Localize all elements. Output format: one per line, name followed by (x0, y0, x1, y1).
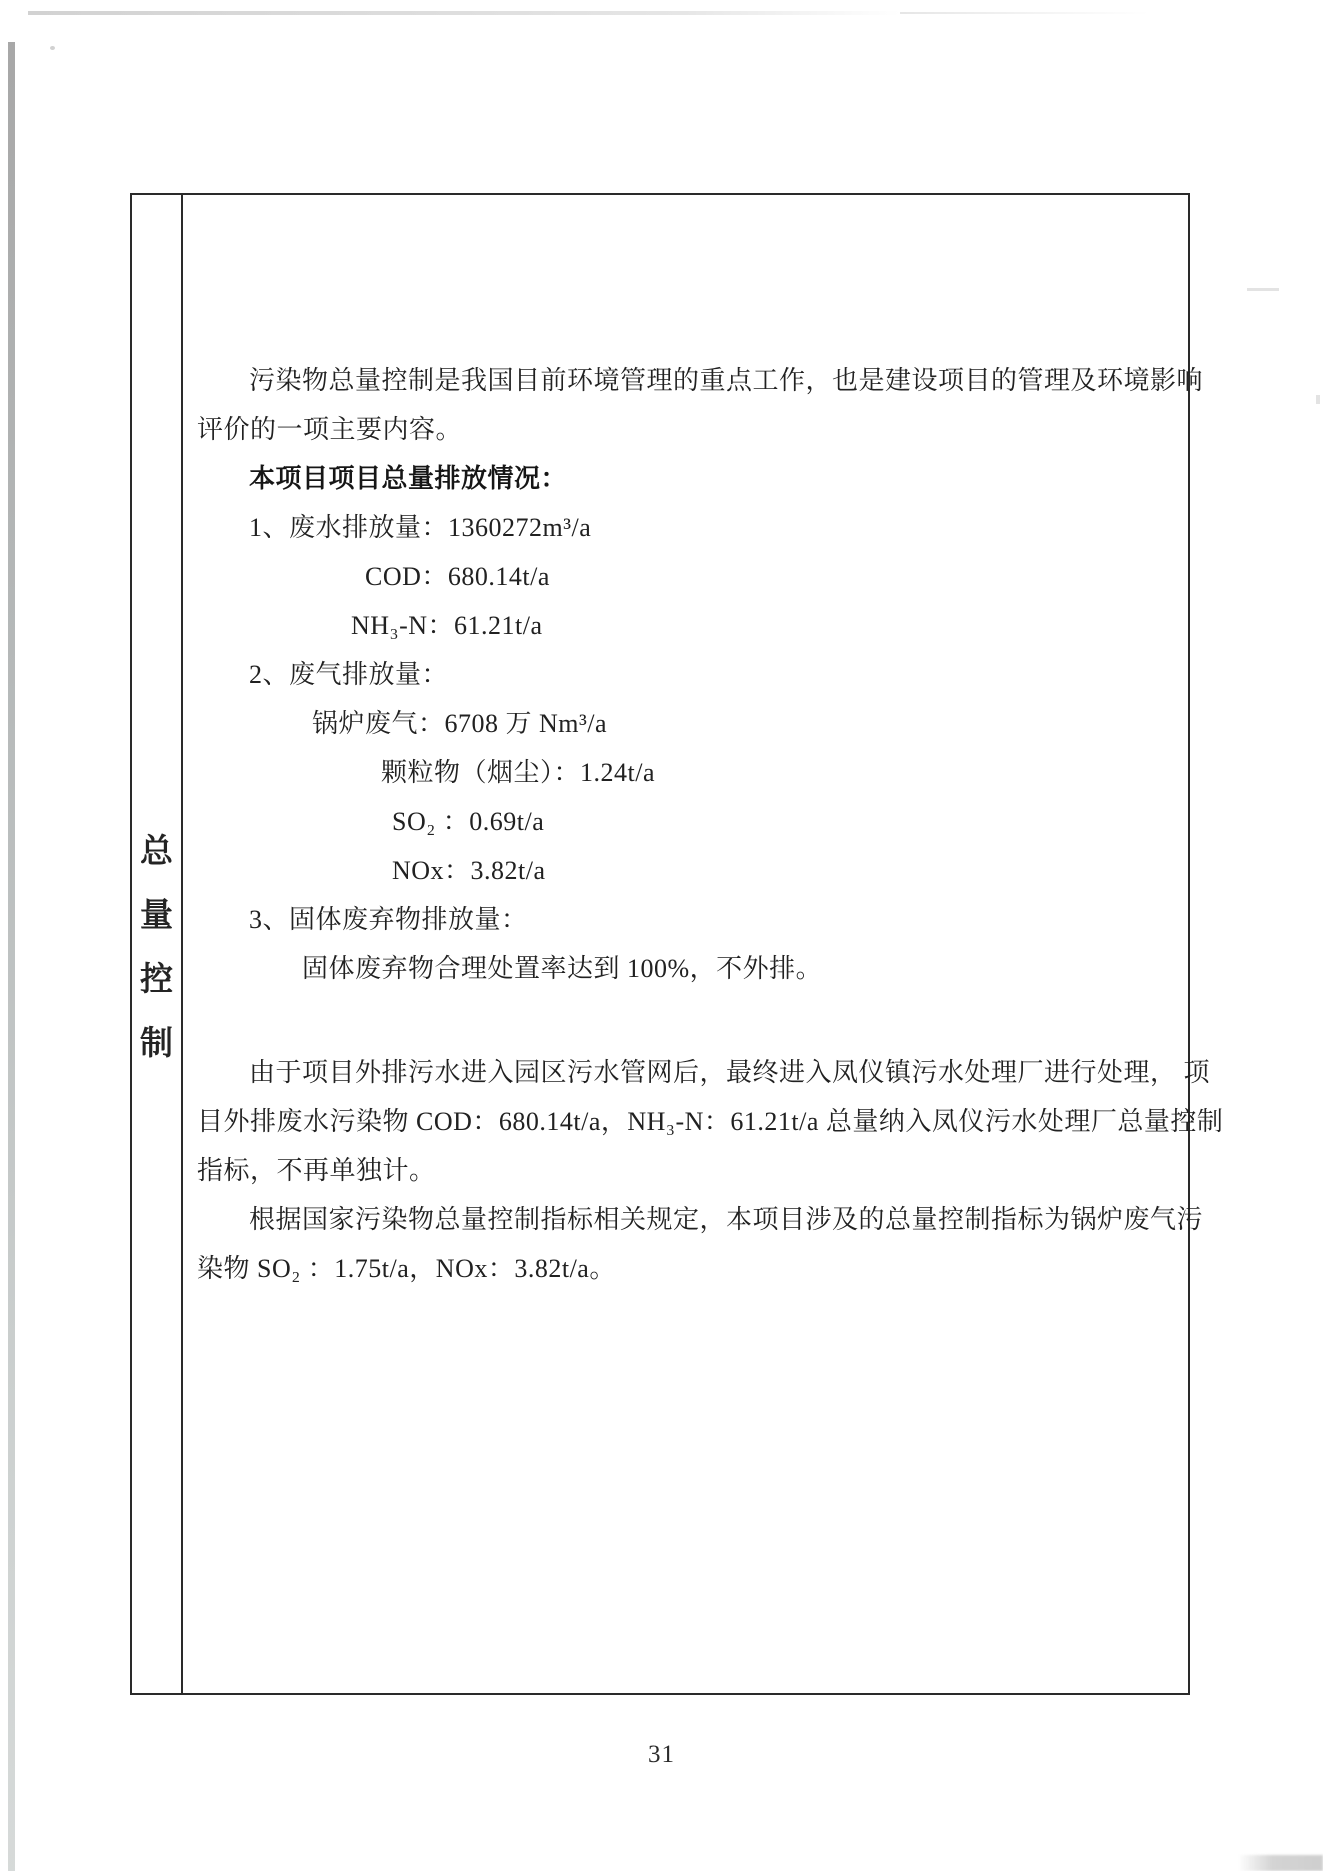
page-number: 31 (0, 1741, 1323, 1769)
emission-item-line: NH₃-N：61.21t/a (351, 601, 1187, 650)
emission-item-line: NOx：3.82t/a (392, 846, 1187, 895)
emission-item-line: 1、废水排放量：1360272m³/a (249, 503, 1187, 552)
scan-artifact-right-speck (1247, 288, 1279, 291)
emission-item-line: 颗粒物（烟尘）：1.24t/a (381, 748, 1187, 797)
row-label-char: 总 (140, 835, 173, 869)
scan-artifact-edge-speck (1316, 395, 1320, 404)
scan-artifact-bottom-smudge (1238, 1855, 1323, 1871)
emission-item-line: 锅炉废气：6708 万 Nm³/a (312, 699, 1187, 748)
paragraph-line: 目外排废水污染物 COD：680.14t/a，NH₃-N：61.21t/a 总量… (197, 1097, 1187, 1146)
emission-item-line: 固体废弃物合理处置率达到 100%，不外排。 (302, 944, 1187, 993)
scan-artifact-top-streak-faint (900, 12, 1150, 14)
scan-artifact-left-edge (8, 42, 15, 1871)
paragraph-line: 根据国家污染物总量控制指标相关规定，本项目涉及的总量控制指标为锅炉废气污 (249, 1195, 1187, 1244)
emission-item-line: COD：680.14t/a (365, 552, 1187, 601)
table-column-divider (181, 195, 183, 1693)
emission-item-line: SO₂ ：0.69t/a (392, 797, 1187, 846)
scanned-page: 总 量 控 制 污染物总量控制是我国目前环境管理的重点工作，也是建设项目的管理及… (0, 0, 1323, 1871)
section-heading: 本项目项目总量排放情况： (249, 454, 1187, 503)
scan-artifact-dot (50, 46, 55, 50)
paragraph-gap (197, 993, 1187, 1048)
paragraph-line: 指标，不再单独计。 (197, 1146, 1187, 1195)
scan-artifact-top-streak (28, 11, 900, 15)
intro-line: 污染物总量控制是我国目前环境管理的重点工作，也是建设项目的管理及环境影响 (249, 356, 1187, 405)
content-cell: 污染物总量控制是我国目前环境管理的重点工作，也是建设项目的管理及环境影响 评价的… (197, 356, 1187, 1293)
content-table: 总 量 控 制 污染物总量控制是我国目前环境管理的重点工作，也是建设项目的管理及… (130, 193, 1190, 1695)
paragraph-line: 由于项目外排污水进入园区污水管网后，最终进入凤仪镇污水处理厂进行处理， 项 (249, 1048, 1187, 1097)
emission-item-line: 2、废气排放量： (249, 650, 1187, 699)
intro-line: 评价的一项主要内容。 (197, 405, 1187, 454)
emission-item-line: 3、固体废弃物排放量： (249, 895, 1187, 944)
paragraph-line: 染物 SO₂ ：1.75t/a，NOx：3.82t/a。 (197, 1244, 1187, 1293)
row-label-char: 控 (140, 963, 173, 997)
row-label-char: 制 (140, 1027, 173, 1061)
row-label-cell: 总 量 控 制 (132, 835, 181, 1061)
row-label-char: 量 (140, 899, 173, 933)
